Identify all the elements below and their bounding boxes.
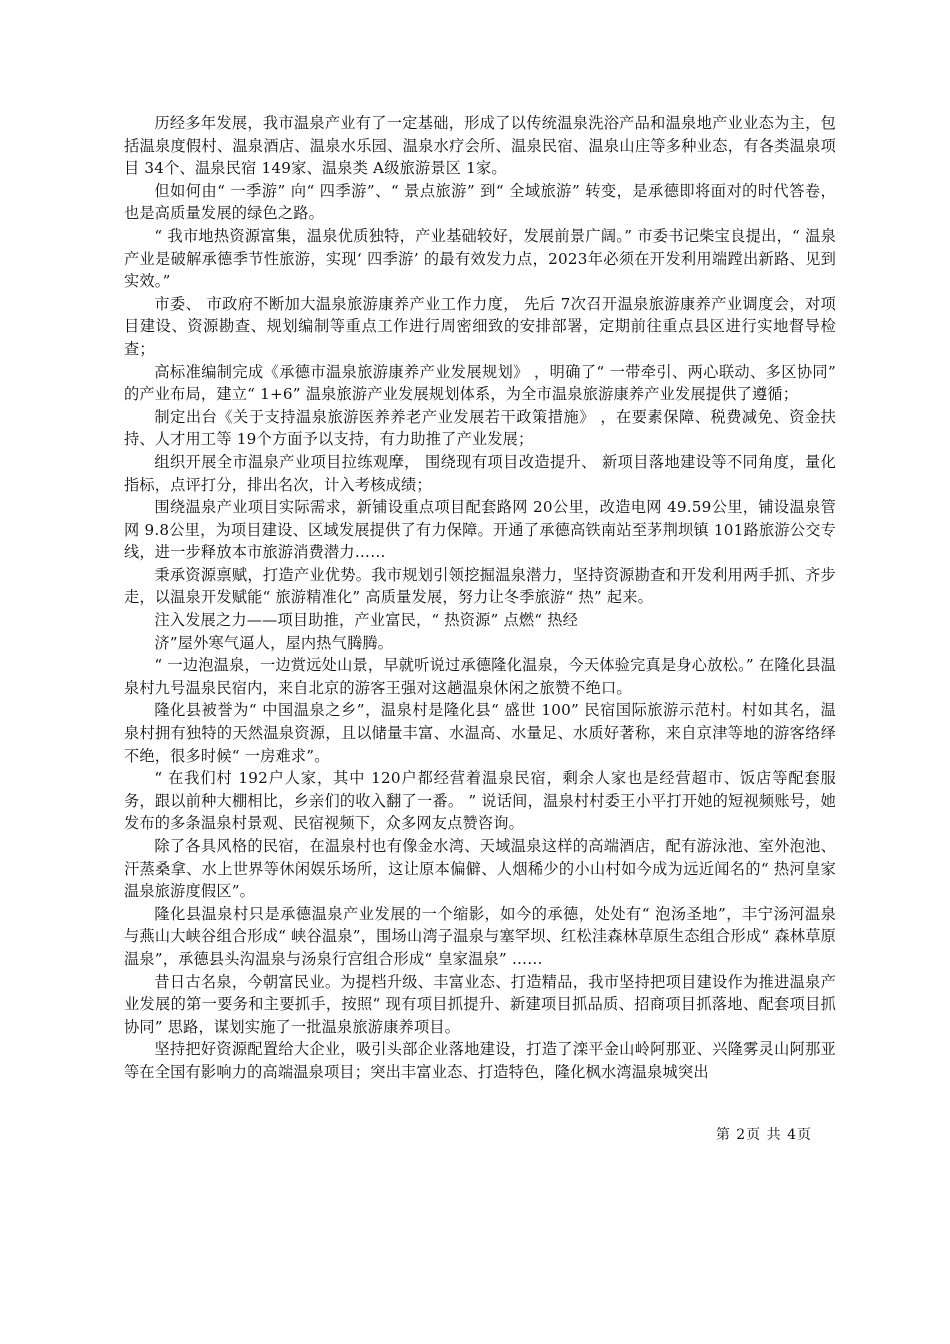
paragraph: 历经多年发展，我市温泉产业有了一定基础，形成了以传统温泉洗浴产品和温泉地产业业态… (124, 112, 836, 180)
paragraph: 隆化县被誉为“ 中国温泉之乡”，温泉村是隆化县“ 盛世 100” 民宿国际旅游示… (124, 699, 836, 767)
paragraph: “ 我市地热资源富集，温泉优质独特，产业基础较好，发展前景广阔。” 市委书记柴宝… (124, 225, 836, 293)
paragraph: “ 在我们村 192户人家，其中 120户都经营着温泉民宿，剩余人家也是经营超市… (124, 767, 836, 835)
document-body: 历经多年发展，我市温泉产业有了一定基础，形成了以传统温泉洗浴产品和温泉地产业业态… (124, 112, 836, 1084)
paragraph: 注入发展之力——项目助推，产业富民，“ 热资源” 点燃“ 热经 (124, 609, 836, 632)
paragraph: 制定出台《关于支持温泉旅游医养养老产业发展若干政策措施》 ，在要素保障、税费减免… (124, 406, 836, 451)
paragraph: 济”屋外寒气逼人，屋内热气腾腾。 (124, 632, 836, 655)
paragraph: “ 一边泡温泉，一边赏远处山景，早就听说过承德隆化温泉，今天体验完真是身心放松。… (124, 654, 836, 699)
paragraph: 组织开展全市温泉产业项目拉练观摩， 围绕现有项目改造提升、 新项目落地建设等不同… (124, 451, 836, 496)
page-number: 第 2页 共 4页 (716, 1124, 812, 1144)
paragraph: 高标准编制完成《承德市温泉旅游康养产业发展规划》 ，明确了“ 一带牵引、两心联动… (124, 361, 836, 406)
paragraph: 坚持把好资源配置给大企业，吸引头部企业落地建设，打造了滦平金山岭阿那亚、兴隆雾灵… (124, 1038, 836, 1083)
paragraph: 围绕温泉产业项目实际需求，新铺设重点项目配套路网 20公里，改造电网 49.59… (124, 496, 836, 564)
paragraph: 秉承资源禀赋，打造产业优势。我市规划引领挖掘温泉潜力，坚持资源勘查和开发利用两手… (124, 564, 836, 609)
paragraph: 但如何由“ 一季游” 向“ 四季游”、“ 景点旅游” 到“ 全域旅游” 转变，是… (124, 180, 836, 225)
paragraph: 昔日古名泉，今朝富民业。为提档升级、丰富业态、打造精品，我市坚持把项目建设作为推… (124, 971, 836, 1039)
paragraph: 除了各具风格的民宿，在温泉村也有像金水湾、天域温泉这样的高端酒店，配有游泳池、室… (124, 835, 836, 903)
paragraph: 市委、 市政府不断加大温泉旅游康养产业工作力度， 先后 7次召开温泉旅游康养产业… (124, 293, 836, 361)
paragraph: 隆化县温泉村只是承德温泉产业发展的一个缩影，如今的承德，处处有“ 泡汤圣地”，丰… (124, 903, 836, 971)
